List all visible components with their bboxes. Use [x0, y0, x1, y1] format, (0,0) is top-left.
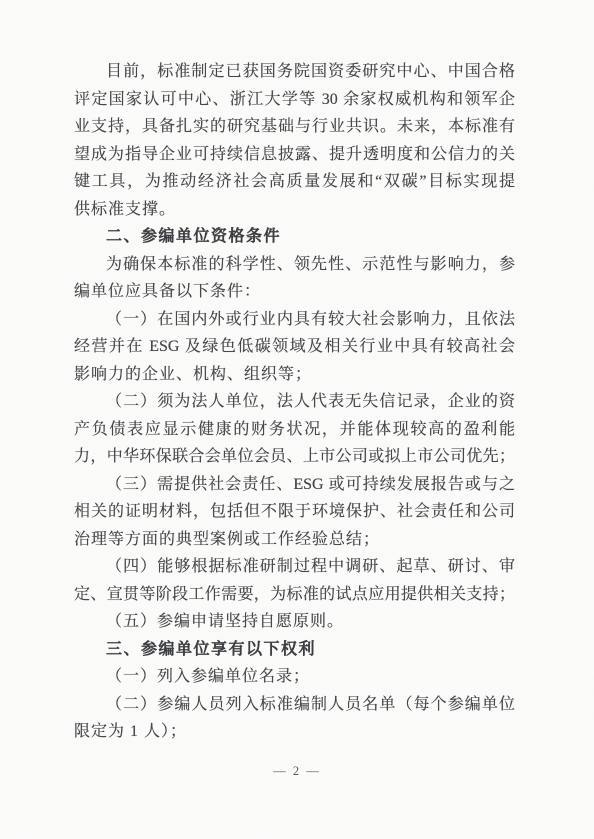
document-body: 目前，标准制定已获国务院国资委研究中心、中国合格评定国家认可中心、浙江大学等 3…	[74, 58, 515, 746]
text-line: 限定为 1 人）；	[74, 718, 515, 746]
text-line: （二）参编人员列入标准编制人员名单（每个参编单位	[74, 691, 515, 719]
text-line: 望成为指导企业可持续信息披露、提升透明度和公信力的关	[74, 141, 515, 169]
text-line: 编单位应具备以下条件：	[74, 278, 515, 306]
page-footer: — 2 —	[0, 764, 594, 779]
text-line: 键工具，为推动经济社会高质量发展和“双碳”目标实现提	[74, 168, 515, 196]
text-line: 力，中华环保联合会单位会员、上市公司或拟上市公司优先；	[74, 443, 515, 471]
text-line: 治理等方面的典型案例或工作经验总结；	[74, 526, 515, 554]
page-number: — 2 —	[273, 764, 321, 778]
section-heading: 二、参编单位资格条件	[74, 223, 515, 251]
text-line: （一）列入参编单位名录；	[74, 663, 515, 691]
text-line: 供标准支撑。	[74, 196, 515, 224]
text-line: 相关的证明材料，包括但不限于环境保护、社会责任和公司	[74, 498, 515, 526]
text-line: 为确保本标准的科学性、领先性、示范性与影响力，参	[74, 251, 515, 279]
text-line: 影响力的企业、机构、组织等；	[74, 361, 515, 389]
text-line: （四）能够根据标准研制过程中调研、起草、研讨、审	[74, 553, 515, 581]
text-line: 业支持，具备扎实的研究基础与行业共识。未来，本标准有	[74, 113, 515, 141]
text-lines: 目前，标准制定已获国务院国资委研究中心、中国合格评定国家认可中心、浙江大学等 3…	[74, 58, 515, 746]
document-page: 目前，标准制定已获国务院国资委研究中心、中国合格评定国家认可中心、浙江大学等 3…	[0, 0, 594, 839]
text-line: 评定国家认可中心、浙江大学等 30 余家权威机构和领军企	[74, 86, 515, 114]
text-line: （三）需提供社会责任、ESG 或可持续发展报告或与之	[74, 471, 515, 499]
text-line: 产负债表应显示健康的财务状况，并能体现较高的盈利能	[74, 416, 515, 444]
text-line: （一）在国内外或行业内具有较大社会影响力，且依法	[74, 306, 515, 334]
text-line: 目前，标准制定已获国务院国资委研究中心、中国合格	[74, 58, 515, 86]
text-line: 定、宣贯等阶段工作需要，为标准的试点应用提供相关支持；	[74, 581, 515, 609]
section-heading: 三、参编单位享有以下权利	[74, 636, 515, 664]
text-line: （二）须为法人单位，法人代表无失信记录，企业的资	[74, 388, 515, 416]
text-line: （五）参编申请坚持自愿原则。	[74, 608, 515, 636]
text-line: 经营并在 ESG 及绿色低碳领域及相关行业中具有较高社会	[74, 333, 515, 361]
